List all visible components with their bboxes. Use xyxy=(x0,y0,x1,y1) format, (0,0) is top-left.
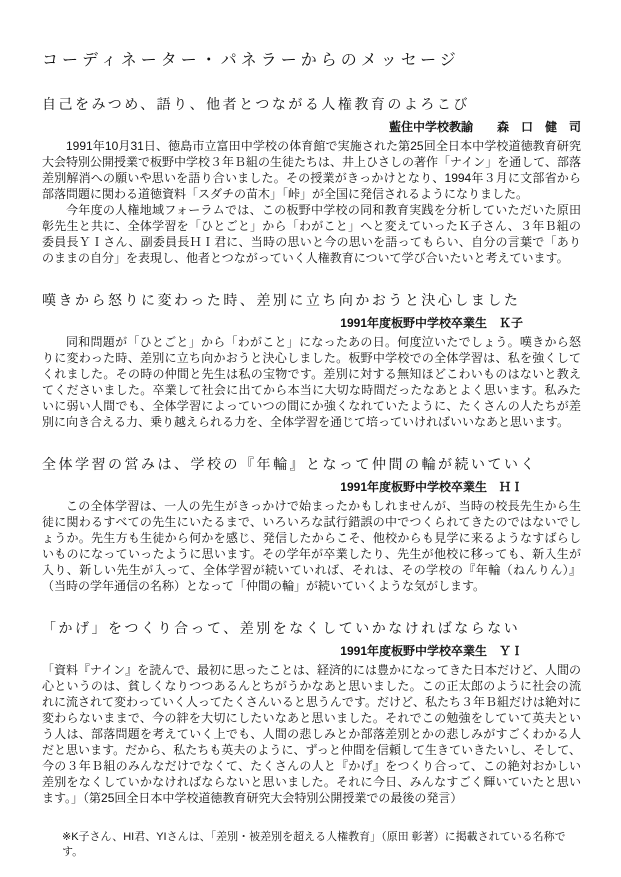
section-message-yi: 「かげ」をつくり合って、差別をなくしていかなければならない 1991年度板野中学… xyxy=(42,620,581,806)
paragraph: 「資料『ナイン』を読んで、最初に思ったことは、経済的には豊かになってきた日本だけ… xyxy=(42,662,581,806)
section-heading: 自己をみつめ、語り、他者とつながる人権教育のよろこび xyxy=(42,96,581,116)
author-attribution: 1991年度板野中学校卒業生 Ｋ子 xyxy=(42,314,581,332)
paragraph: 今年度の人権地域フォーラムでは、この板野中学校の同和教育実践を分析していただいた… xyxy=(42,202,581,266)
section-heading: 全体学習の営みは、学校の『年輪』となって仲間の輪が続いていく xyxy=(42,456,581,476)
author-attribution: 1991年度板野中学校卒業生 ＹＩ xyxy=(42,642,581,660)
paragraph: この全体学習は、一人の先生がきっかけで始まったかもしれませんが、当時の校長先生か… xyxy=(42,498,581,594)
section-message-moriguchi: 自己をみつめ、語り、他者とつながる人権教育のよろこび 藍住中学校教諭 森 口 健… xyxy=(42,96,581,266)
section-message-hi: 全体学習の営みは、学校の『年輪』となって仲間の輪が続いていく 1991年度板野中… xyxy=(42,456,581,594)
paragraph: 同和問題が「ひとごと」から「わがこと」になったあの日。何度泣いたでしょう。嘆きか… xyxy=(42,334,581,430)
author-attribution: 藍住中学校教諭 森 口 健 司 xyxy=(42,118,581,136)
page-title: コーディネーター・パネラーからのメッセージ xyxy=(42,50,581,72)
section-heading: 「かげ」をつくり合って、差別をなくしていかなければならない xyxy=(42,620,581,640)
document-page: コーディネーター・パネラーからのメッセージ 自己をみつめ、語り、他者とつながる人… xyxy=(0,0,621,877)
author-attribution: 1991年度板野中学校卒業生 ＨＩ xyxy=(42,478,581,496)
section-heading: 嘆きから怒りに変わった時、差別に立ち向かおうと決心しました xyxy=(42,292,581,312)
section-message-kko: 嘆きから怒りに変わった時、差別に立ち向かおうと決心しました 1991年度板野中学… xyxy=(42,292,581,430)
paragraph: 1991年10月31日、徳島市立富田中学校の体育館で実施された第25回全日本中学… xyxy=(42,138,581,202)
footnote: ※K子さん、HI君、YIさんは、「差別・被差別を超える人権教育」（原田 彰著）に… xyxy=(62,830,581,860)
